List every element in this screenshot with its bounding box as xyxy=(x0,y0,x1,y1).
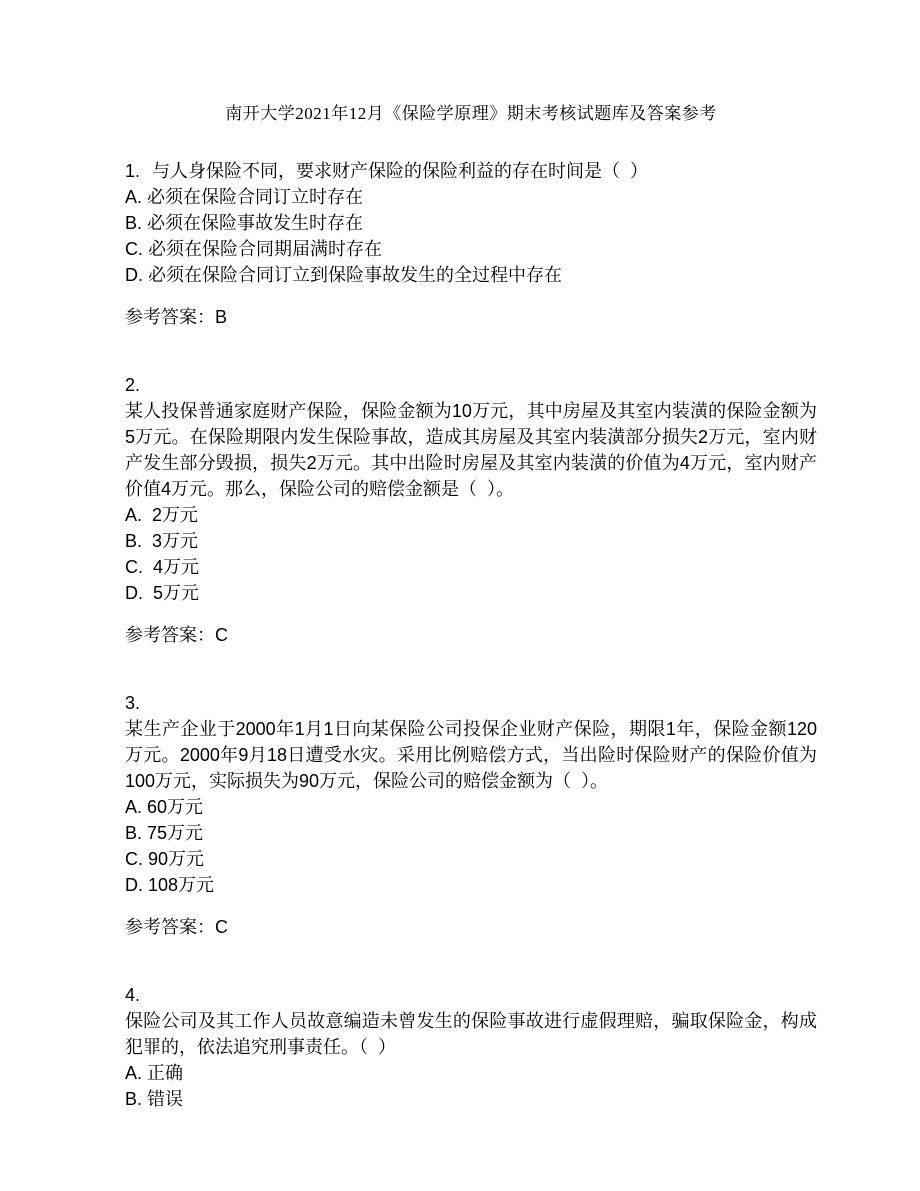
option-item: A. 必须在保险合同订立时存在 xyxy=(125,184,817,210)
question-head: 2.某人投保普通家庭财产保险，保险金额为10万元，其中房屋及其室内装潢的保险金额… xyxy=(125,372,817,502)
option-item: D. 5万元 xyxy=(125,580,817,606)
option-item: A. 正确 xyxy=(125,1060,817,1086)
answer-line: 参考答案：B xyxy=(125,304,817,330)
option-item: A. 2万元 xyxy=(125,502,817,528)
answer-line: 参考答案：C xyxy=(125,914,817,940)
question-stem: 与人身保险不同，要求财产保险的保险利益的存在时间是（ ） xyxy=(152,161,648,181)
question-stem: 某生产企业于2000年1月1日向某保险公司投保企业财产保险，期限1年，保险金额1… xyxy=(125,716,817,794)
option-item: C. 4万元 xyxy=(125,554,817,580)
question-stem: 保险公司及其工作人员故意编造未曾发生的保险事故进行虚假理赔，骗取保险金，构成犯罪… xyxy=(125,1008,817,1060)
question-head: 1.与人身保险不同，要求财产保险的保险利益的存在时间是（ ） xyxy=(125,158,817,184)
answer-line: 参考答案：C xyxy=(125,622,817,648)
answer-value: C xyxy=(215,625,228,645)
question-block: 2.某人投保普通家庭财产保险，保险金额为10万元，其中房屋及其室内装潢的保险金额… xyxy=(125,372,817,648)
options-list: A. 60万元B. 75万元C. 90万元D. 108万元 xyxy=(125,794,817,898)
answer-label: 参考答案： xyxy=(125,625,215,645)
option-item: B. 错误 xyxy=(125,1086,817,1112)
question-number: 2. xyxy=(125,372,817,398)
question-block: 3.某生产企业于2000年1月1日向某保险公司投保企业财产保险，期限1年，保险金… xyxy=(125,690,817,940)
question-head: 4.保险公司及其工作人员故意编造未曾发生的保险事故进行虚假理赔，骗取保险金，构成… xyxy=(125,982,817,1060)
answer-label: 参考答案： xyxy=(125,307,215,327)
option-item: B. 3万元 xyxy=(125,528,817,554)
document-page: 南开大学2021年12月《保险学原理》期末考核试题库及答案参考 1.与人身保险不… xyxy=(0,0,920,1191)
option-item: D. 必须在保险合同订立到保险事故发生的全过程中存在 xyxy=(125,262,817,288)
option-item: C. 必须在保险合同期届满时存在 xyxy=(125,236,817,262)
option-item: C. 90万元 xyxy=(125,846,817,872)
page-title: 南开大学2021年12月《保险学原理》期末考核试题库及答案参考 xyxy=(125,101,817,126)
question-number: 1. xyxy=(125,161,140,181)
answer-value: C xyxy=(215,917,228,937)
answer-value: B xyxy=(215,307,227,327)
question-number: 3. xyxy=(125,690,817,716)
question-block: 4.保险公司及其工作人员故意编造未曾发生的保险事故进行虚假理赔，骗取保险金，构成… xyxy=(125,982,817,1112)
question-head: 3.某生产企业于2000年1月1日向某保险公司投保企业财产保险，期限1年，保险金… xyxy=(125,690,817,794)
question-stem: 某人投保普通家庭财产保险，保险金额为10万元，其中房屋及其室内装潢的保险金额为5… xyxy=(125,398,817,502)
option-item: A. 60万元 xyxy=(125,794,817,820)
question-number: 4. xyxy=(125,982,817,1008)
option-item: D. 108万元 xyxy=(125,872,817,898)
options-list: A. 2万元B. 3万元C. 4万元D. 5万元 xyxy=(125,502,817,606)
option-item: B. 75万元 xyxy=(125,820,817,846)
options-list: A. 正确B. 错误 xyxy=(125,1060,817,1112)
options-list: A. 必须在保险合同订立时存在B. 必须在保险事故发生时存在C. 必须在保险合同… xyxy=(125,184,817,288)
question-block: 1.与人身保险不同，要求财产保险的保险利益的存在时间是（ ） A. 必须在保险合… xyxy=(125,158,817,330)
questions-list: 1.与人身保险不同，要求财产保险的保险利益的存在时间是（ ） A. 必须在保险合… xyxy=(125,158,817,1112)
option-item: B. 必须在保险事故发生时存在 xyxy=(125,210,817,236)
answer-label: 参考答案： xyxy=(125,917,215,937)
